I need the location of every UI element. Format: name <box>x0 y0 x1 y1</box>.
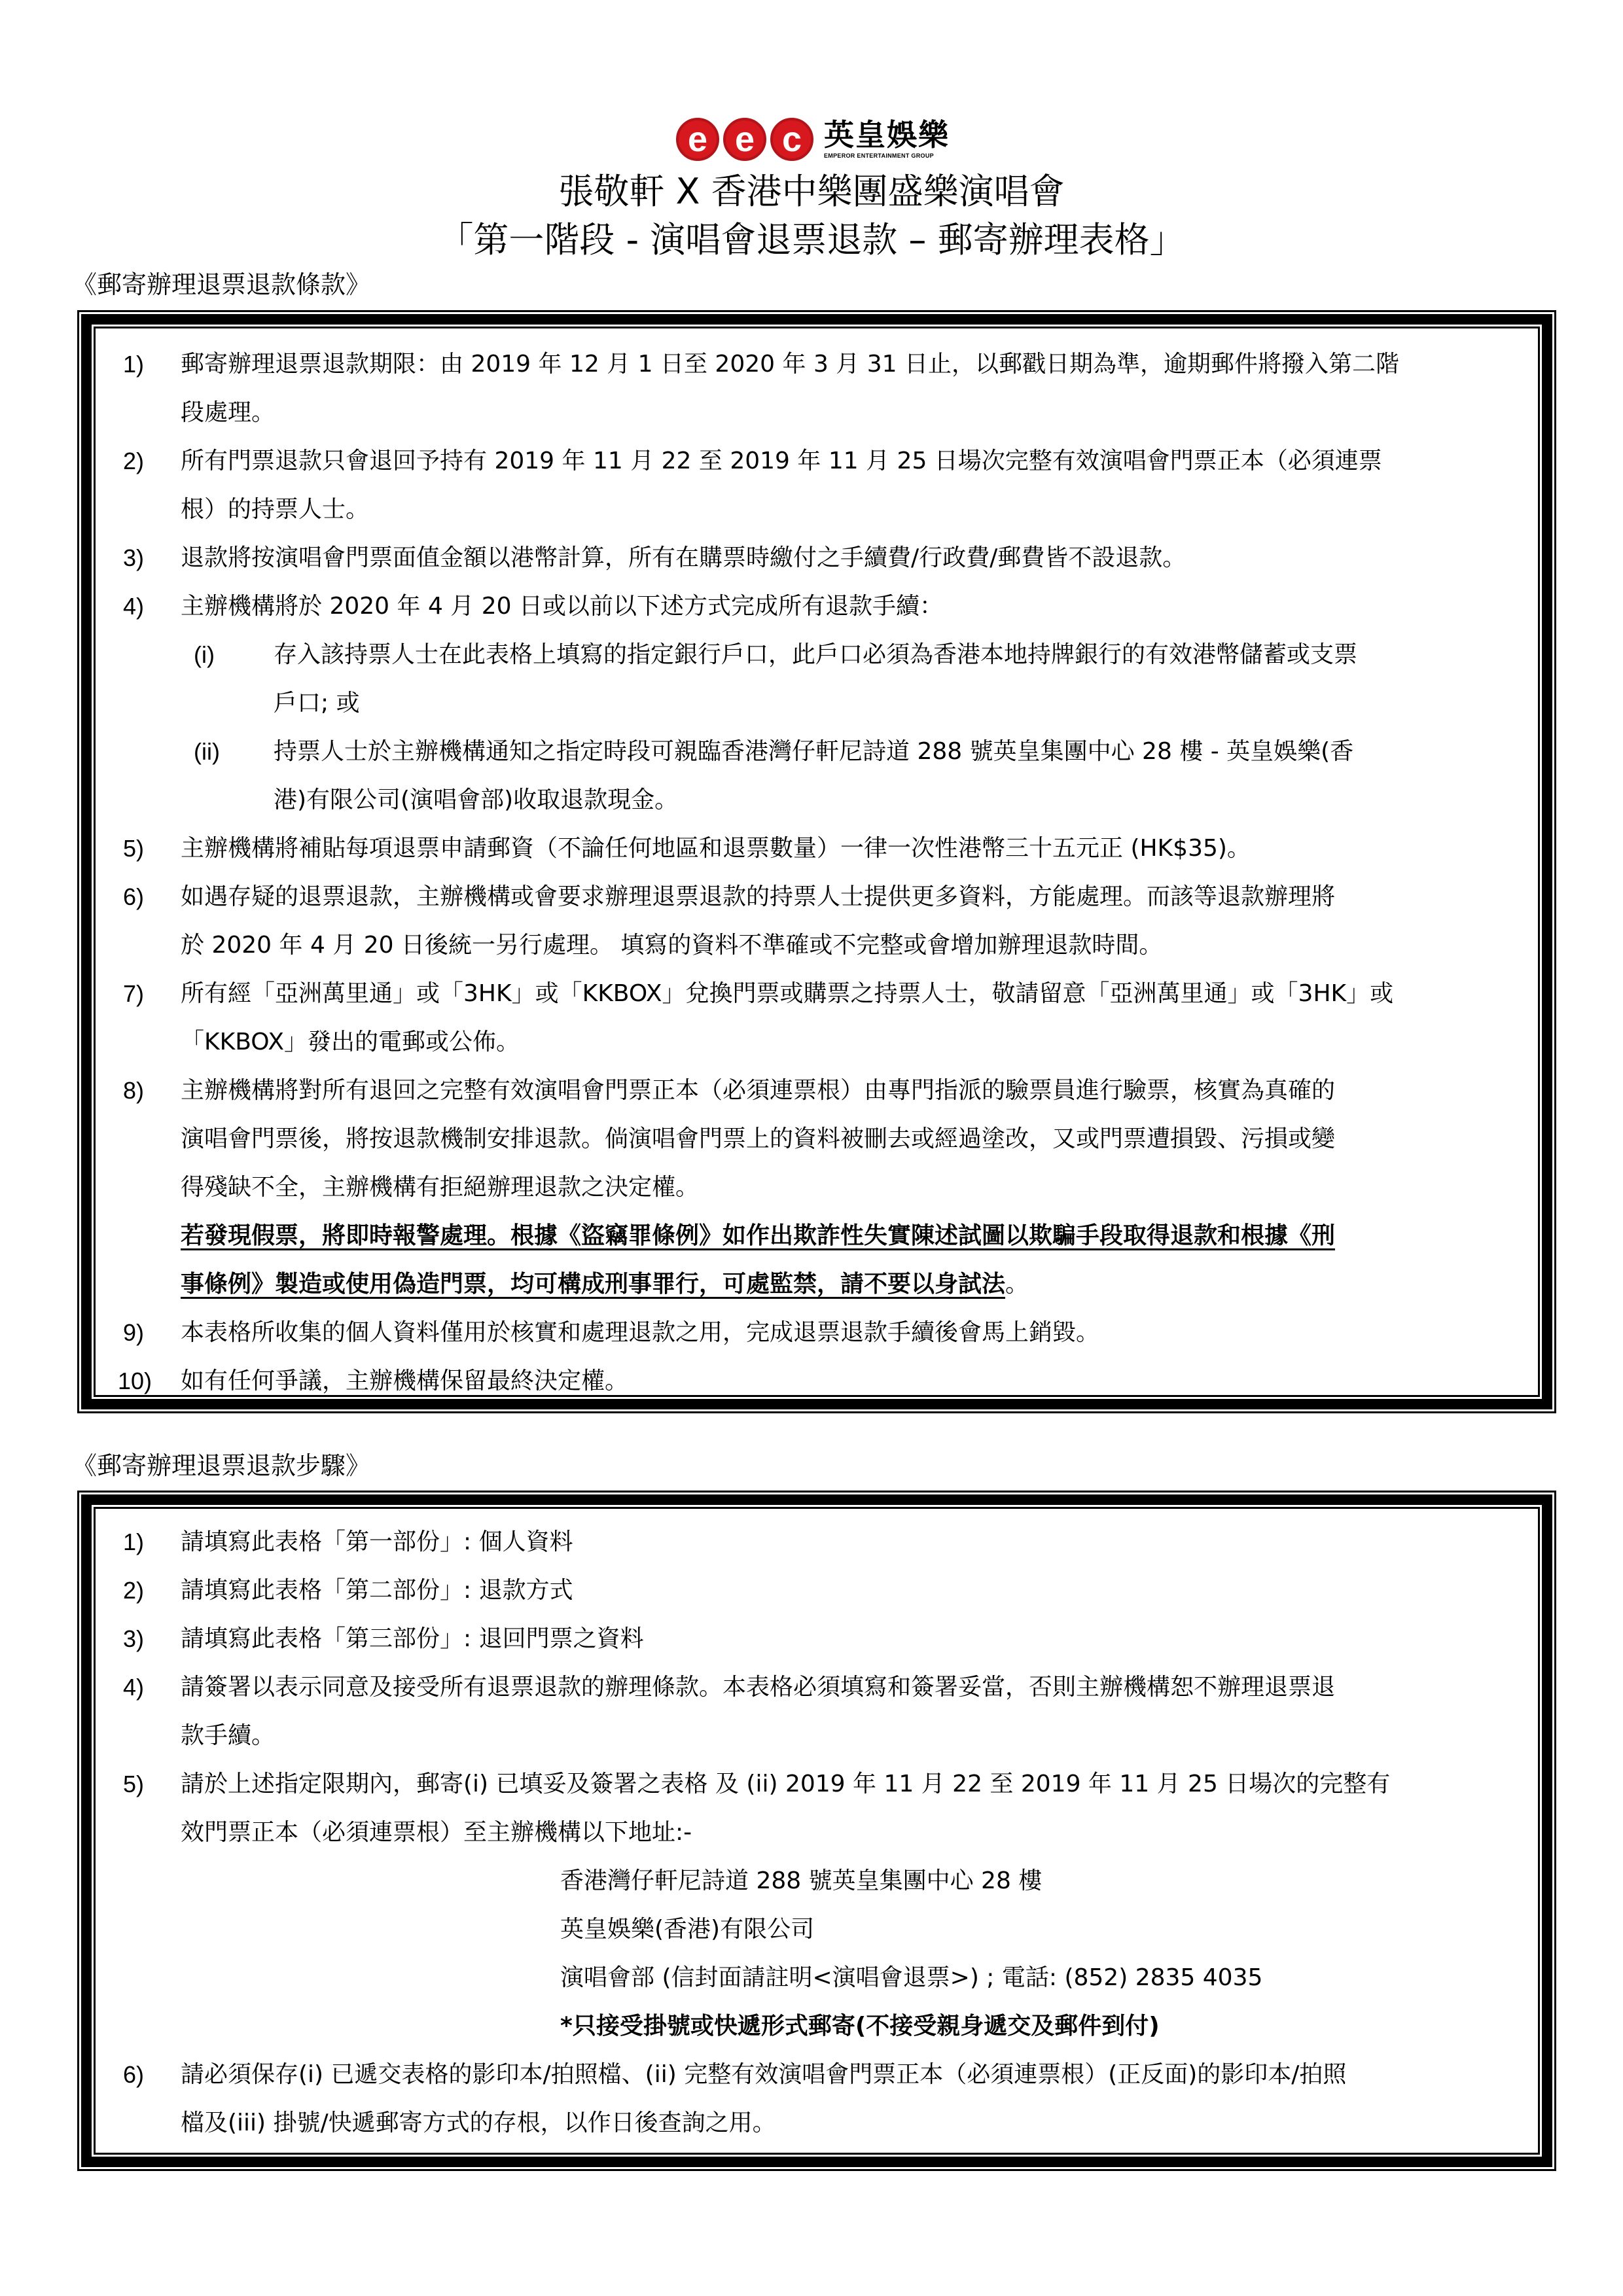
logo-e-icon: e <box>723 118 766 161</box>
term-subitem-i: 存入該持票人士在此表格上填寫的指定銀行戶口，此戶口必須為香港本地持牌銀行的有效港… <box>274 631 1527 679</box>
steps-list: 1) 請填寫此表格「第一部份」: 個人資料 2) 請填寫此表格「第二部份」: 退… <box>94 1507 1540 2155</box>
mailing-note: *只接受掛號或快遞形式郵寄(不接受親身遞交及郵件到付) <box>560 2002 1160 2051</box>
emperor-logo: e e c 英皇娛樂 EMPEROR ENTERTAINMENT GROUP <box>676 116 950 162</box>
fraud-warning: 若發現假票，將即時報警處理。根據《盜竊罪條例》如作出欺詐性失實陳述試圖以欺騙手段… <box>181 1212 1527 1260</box>
logo-c-icon: c <box>770 118 813 161</box>
logo-wordmark: 英皇娛樂 EMPEROR ENTERTAINMENT GROUP <box>824 120 950 159</box>
mailing-address-line3: 演唱會部 (信封面請註明<演唱會退票>) ; 電話: (852) 2835 40… <box>560 1954 1262 2002</box>
logo-brand-en: EMPEROR ENTERTAINMENT GROUP <box>824 152 950 159</box>
terms-list: 1) 郵寄辦理退票退款期限：由 2019 年 12 月 1 日至 2020 年 … <box>94 327 1540 1397</box>
terms-heading: 《郵寄辦理退票退款條款》 <box>72 268 370 301</box>
logo-e-icon: e <box>676 118 719 161</box>
steps-box: 1) 請填寫此表格「第一部份」: 個人資料 2) 請填寫此表格「第二部份」: 退… <box>77 1491 1556 2171</box>
fraud-warning-cont: 事條例》製造或使用偽造門票，均可構成刑事罪行，可處監禁，請不要以身試法 <box>181 1271 1005 1298</box>
mailing-address-line1: 香港灣仔軒尼詩道 288 號英皇集團中心 28 樓 <box>560 1857 1042 1905</box>
steps-heading: 《郵寄辦理退票退款步驟》 <box>72 1449 370 1482</box>
terms-box: 1) 郵寄辦理退票退款期限：由 2019 年 12 月 1 日至 2020 年 … <box>77 310 1556 1413</box>
document-subtitle: 「第一階段 - 演唱會退票退款 – 郵寄辦理表格」 <box>0 217 1623 263</box>
document-title: 張敬軒 X 香港中樂團盛樂演唱會 <box>0 169 1623 215</box>
logo-brand-cn: 英皇娛樂 <box>824 120 950 150</box>
term-subitem-ii: 持票人士於主辦機構通知之指定時段可親臨香港灣仔軒尼詩道 288 號英皇集團中心 … <box>274 728 1527 776</box>
mailing-address-line2: 英皇娛樂(香港)有限公司 <box>560 1905 814 1954</box>
